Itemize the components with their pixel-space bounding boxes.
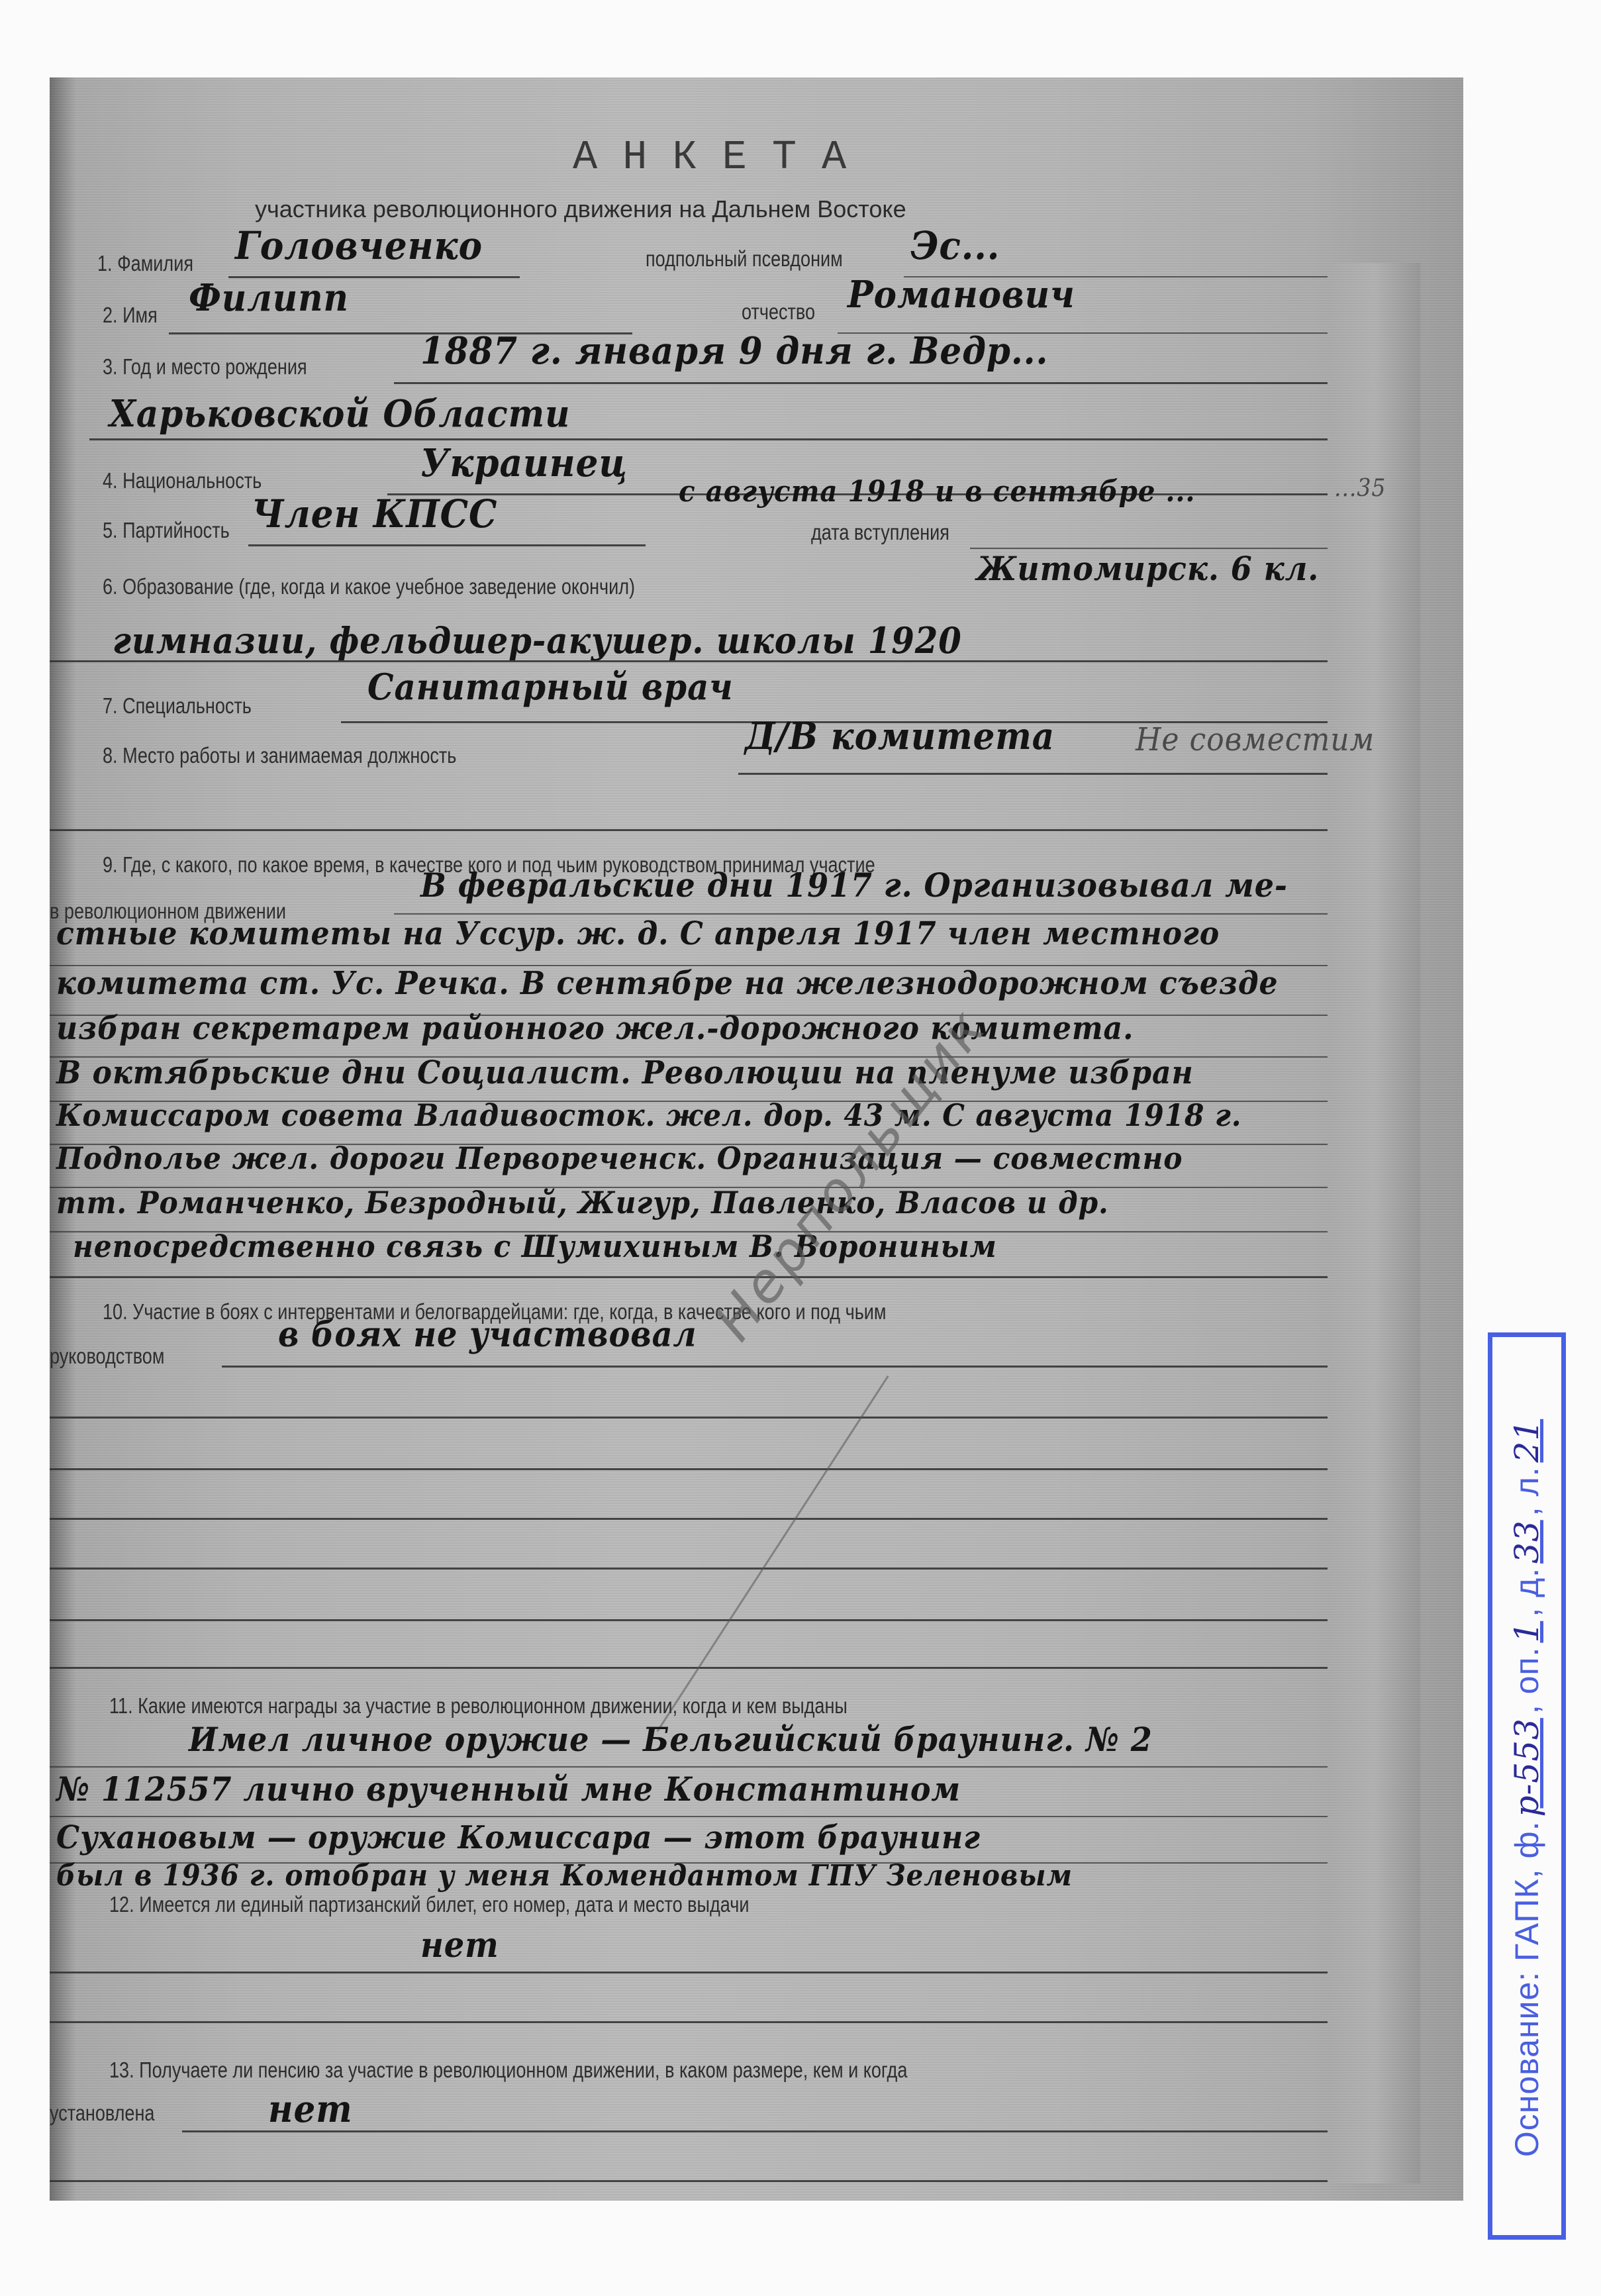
- rule: [50, 1972, 1328, 1973]
- field-birth-label: 3. Год и место рождения: [103, 354, 307, 379]
- rule: [394, 382, 1328, 384]
- document-subtitle: участника революционного движения на Дал…: [255, 195, 906, 223]
- field-workplace-label: 8. Место работы и занимаемая должность: [103, 743, 456, 768]
- awards-line: Имел личное оружие — Бельгийский браунин…: [189, 1720, 1153, 1759]
- activity-line: В февральские дни 1917 г. Организовывал …: [420, 866, 1288, 905]
- rule: [738, 773, 1328, 775]
- field-nationality-value: Украинец: [420, 440, 628, 485]
- field-patronymic-label: отчество: [742, 299, 815, 324]
- rule: [50, 1816, 1328, 1817]
- archive-stamp: Основание: ГАПК, ф.р-553, оп.1, д.33, л.…: [1488, 1332, 1566, 2240]
- rule: [50, 1568, 1328, 1570]
- rule: [50, 1518, 1328, 1520]
- field-pseudonym-value: Эс...: [910, 223, 1000, 268]
- field-nationality-label: 4. Национальность: [103, 468, 262, 493]
- field-battles-label-cont: руководством: [50, 1344, 164, 1369]
- field-pension-label-cont: установлена: [50, 2101, 154, 2126]
- pencil-stroke: [656, 1375, 889, 1732]
- rule: [248, 544, 646, 546]
- field-party-value: Член КПСС: [252, 491, 497, 536]
- activity-line: В октябрьские дни Социалист. Революции н…: [56, 1054, 1194, 1091]
- rule: [89, 438, 1328, 440]
- field-pension-label: 13. Получаете ли пенсию за участие в рев…: [109, 2058, 907, 2083]
- activity-line: непосредственно связь с Шумихиным В. Вор…: [73, 1228, 997, 1264]
- field-workplace-value: Д/В комитета: [745, 715, 1055, 758]
- field-pension-value: нет: [268, 2087, 353, 2131]
- field-specialty-label: 7. Специальность: [103, 693, 252, 719]
- field-education-value: Житомирск. 6 кл.: [977, 549, 1319, 588]
- field-awards-label: 11. Какие имеются награды за участие в р…: [109, 1693, 848, 1719]
- stamp-fond: р-553: [1508, 1714, 1546, 1821]
- rule: [50, 1667, 1328, 1669]
- rule: [394, 913, 1328, 915]
- rule: [50, 2180, 1328, 2182]
- awards-line: № 112557 лично врученный мне Константино…: [56, 1770, 961, 1809]
- field-specialty-value: Санитарный врач: [367, 666, 734, 708]
- activity-line: Комиссаром совета Владивосток. жел. дор.…: [56, 1097, 1241, 1133]
- field-workplace-note: Не совместим: [1136, 721, 1375, 758]
- field-surname-value: Головченко: [235, 223, 483, 268]
- field-education-value-cont: гимназии, фельдшер-акушер. школы 1920: [113, 619, 962, 662]
- activity-line: Подполье жел. дороги Первореченск. Орган…: [56, 1140, 1183, 1176]
- field-birth-value: 1887 г. января 9 дня г. Ведр...: [420, 329, 1048, 373]
- rule: [50, 1276, 1328, 1278]
- field-party-margin-note: ...35: [1334, 475, 1386, 502]
- questionnaire-sheet: АНКЕТА участника революционного движения…: [50, 77, 1463, 2201]
- rule: [50, 1619, 1328, 1621]
- field-party-date-note: с августа 1918 и в сентябре ...: [679, 475, 1195, 509]
- field-birth-value-cont: Харьковской Области: [109, 392, 570, 436]
- field-battles-value: в боях не участвовал: [278, 1315, 697, 1355]
- rule: [182, 2130, 1328, 2132]
- stamp-delo: 33: [1508, 1516, 1546, 1568]
- stamp-opis-label: , оп.: [1508, 1647, 1545, 1715]
- field-joined-label: дата вступления: [811, 520, 949, 545]
- rule: [50, 1766, 1328, 1768]
- rule: [222, 1366, 1328, 1368]
- field-pseudonym-label: подпольный псевдоним: [646, 246, 843, 272]
- field-party-label: 5. Партийность: [103, 518, 230, 543]
- field-name-value: Филипп: [189, 276, 349, 320]
- activity-line: тт. Романченко, Безродный, Жигур, Павлен…: [56, 1185, 1109, 1221]
- stamp-list: 21: [1508, 1415, 1546, 1467]
- field-education-label: 6. Образование (где, когда и какое учебн…: [103, 574, 635, 599]
- archive-stamp-text: Основание: ГАПК, ф.р-553, оп.1, д.33, л.…: [1508, 1415, 1546, 2157]
- awards-line: Сухановым — оружие Комиссара — этот брау…: [56, 1819, 981, 1856]
- paper-fold-shadow: [1328, 263, 1420, 2183]
- field-surname-label: 1. Фамилия: [97, 251, 193, 276]
- stamp-opis: 1: [1508, 1617, 1546, 1647]
- field-partisan-ticket-label: 12. Имеется ли единый партизанский билет…: [109, 1892, 749, 1917]
- activity-line: стные комитеты на Уссур. ж. д. С апреля …: [56, 915, 1220, 952]
- document-title: АНКЕТА: [573, 134, 871, 181]
- field-patronymic-value: Романович: [848, 273, 1075, 317]
- field-name-label: 2. Имя: [103, 303, 158, 328]
- rule: [50, 2021, 1328, 2023]
- rule: [50, 1468, 1328, 1470]
- rule: [50, 660, 1328, 662]
- rule: [50, 829, 1328, 831]
- awards-line: был в 1936 г. отобран у меня Комендантом…: [56, 1859, 1073, 1893]
- rule: [50, 1417, 1328, 1419]
- field-partisan-ticket-value: нет: [420, 1925, 499, 1966]
- stamp-list-label: , л.: [1508, 1466, 1545, 1516]
- activity-line: комитета ст. Ус. Речка. В сентябре на же…: [56, 965, 1279, 1002]
- stamp-prefix: Основание: ГАПК, ф.: [1508, 1821, 1545, 2158]
- stamp-delo-label: , д.: [1508, 1568, 1545, 1617]
